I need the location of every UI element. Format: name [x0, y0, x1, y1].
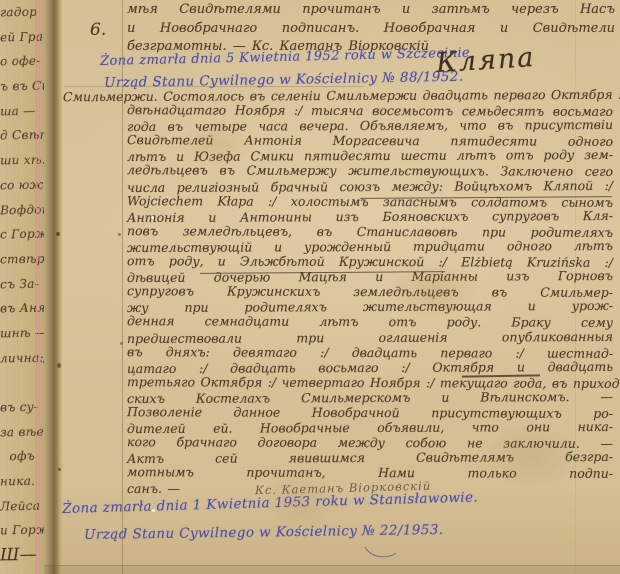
register-scan-page: гадорей Гра-о офе-ъ въ Сш.ша —д Свѣт.ши …	[0, 0, 620, 574]
adjacent-page-edge: гадорей Гра-о офе-ъ въ Сш.ша —д Свѣт.ши …	[0, 0, 44, 574]
paper-speck	[58, 468, 61, 471]
handwritten-line: денная семнадцати лѣтъ отъ роду. Браку с…	[127, 314, 613, 331]
handwritten-line: числа религіозный брачный союзъ между: В…	[127, 178, 613, 195]
ledger-rule-green	[27, 0, 28, 574]
paper-speck	[57, 363, 61, 368]
paper-speck	[151, 216, 154, 219]
marriage-act-text: Смильмержи. Состоялось въ селеніи Смильм…	[127, 88, 613, 496]
paper-speck	[120, 342, 123, 345]
ledger-rule-pink	[36, 0, 37, 574]
handwritten-line: мѣя Свидѣтелями прочитанъ и затѣмъ через…	[127, 1, 615, 20]
handwritten-line: цатаго :/ двадцать восьмаго :/ Октября и…	[127, 359, 613, 376]
handwritten-line: и Новобрачнаго подписанъ. Новобрачная и …	[127, 20, 615, 39]
handwritten-line: предшествовали три оглашенія опубликован…	[127, 328, 613, 345]
handwritten-line: Wojciechem Kłapa :/ холостымъ запаснымъ …	[127, 193, 613, 210]
act-entry-number: 6.	[90, 20, 106, 40]
ledger-rule-green	[17, 0, 18, 574]
paper-speck	[152, 509, 155, 512]
paper-speck	[118, 233, 121, 236]
handwritten-line: въ дняхъ: девятаго :/ двадцать перваго :…	[127, 344, 613, 361]
ledger-rule-green	[6, 0, 7, 574]
page-bottom-shade	[44, 566, 620, 574]
paper-speck	[56, 232, 60, 236]
handwritten-line: ледѣльцевъ въ Смильмержу жительствующихъ…	[127, 163, 613, 180]
handwritten-line: Антонія и Антонины изъ Бояновскихъ супру…	[127, 208, 613, 225]
ledger-rule-pink	[39, 0, 40, 574]
book-gutter	[44, 0, 62, 574]
handwritten-line: третьяго Октября :/ четвертаго Ноября :/…	[127, 374, 613, 391]
